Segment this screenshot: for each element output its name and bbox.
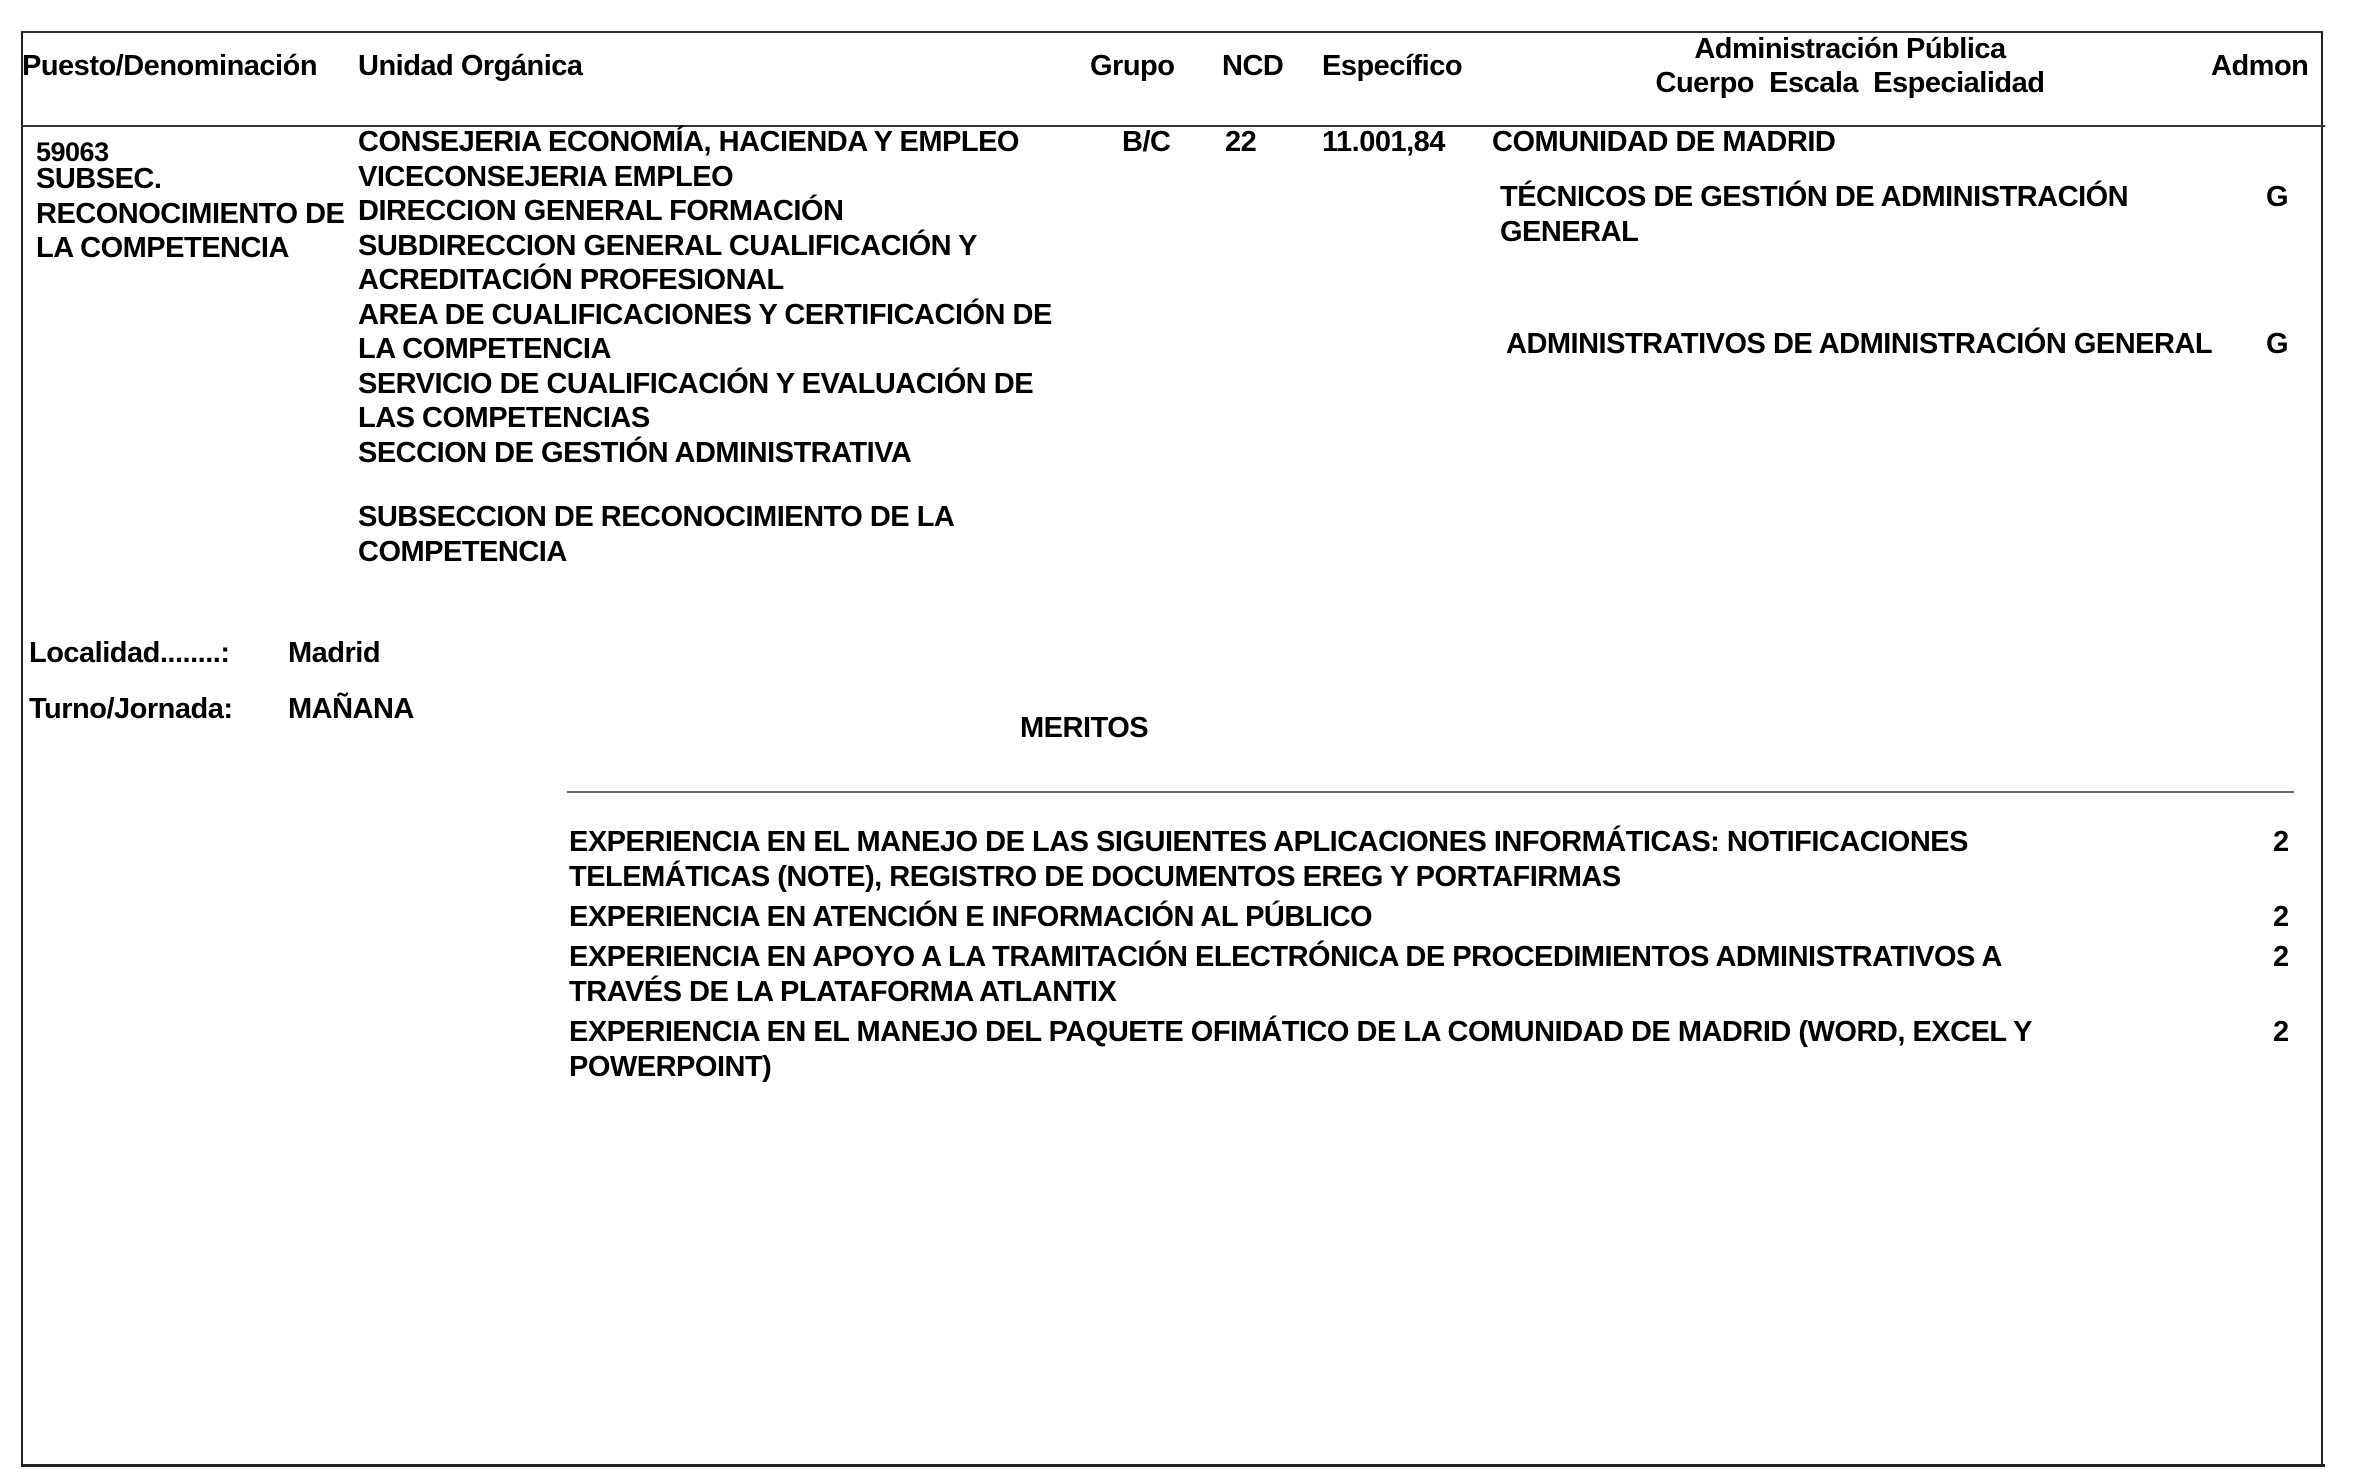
header-admon: Admon <box>2211 49 2308 83</box>
meritos-divider <box>567 791 2294 793</box>
administracion-value: COMUNIDAD DE MADRID <box>1492 125 1835 159</box>
unidad-line: SERVICIO DE CUALIFICACIÓN Y EVALUACIÓN D… <box>358 367 1052 402</box>
header-puesto: Puesto/Denominación <box>22 49 317 83</box>
merito-puntos: 2 <box>2273 825 2289 859</box>
ncd-value: 22 <box>1225 125 1256 159</box>
unidad-line: DIRECCION GENERAL FORMACIÓN <box>358 194 1052 229</box>
especifico-value: 11.001,84 <box>1322 125 1445 159</box>
unidad-line: SECCION DE GESTIÓN ADMINISTRATIVA <box>358 436 1052 471</box>
header-ncd: NCD <box>1222 49 1283 83</box>
cuerpo-tecnicos-admon: G <box>2266 180 2288 214</box>
unidad-line: ACREDITACIÓN PROFESIONAL <box>358 263 1052 298</box>
unidad-line: CONSEJERIA ECONOMÍA, HACIENDA Y EMPLEO <box>358 125 1052 160</box>
header-especifico: Específico <box>1322 49 1462 83</box>
turno-label: Turno/Jornada: <box>29 692 233 726</box>
cuerpo-tecnicos: TÉCNICOS DE GESTIÓN DE ADMINISTRACIÓN GE… <box>1500 180 2128 249</box>
merito-line: EXPERIENCIA EN EL MANEJO DE LAS SIGUIENT… <box>569 825 1968 860</box>
meritos-title: MERITOS <box>1020 711 1148 745</box>
header-grupo: Grupo <box>1090 49 1175 83</box>
cuerpo-administrativos-admon: G <box>2266 327 2288 361</box>
merito-item: EXPERIENCIA EN ATENCIÓN E INFORMACIÓN AL… <box>569 900 1372 934</box>
unidad-line: COMPETENCIA <box>358 535 954 570</box>
unidad-organica-subseccion: SUBSECCION DE RECONOCIMIENTO DE LA COMPE… <box>358 500 954 569</box>
localidad-label: Localidad........: <box>29 636 229 670</box>
unidad-organica-list: CONSEJERIA ECONOMÍA, HACIENDA Y EMPLEO V… <box>358 125 1052 470</box>
header-unidad-organica: Unidad Orgánica <box>358 49 583 83</box>
unidad-line: VICECONSEJERIA EMPLEO <box>358 160 1052 195</box>
denominacion-line: RECONOCIMIENTO DE <box>36 197 344 232</box>
merito-item: EXPERIENCIA EN EL MANEJO DE LAS SIGUIENT… <box>569 825 1968 894</box>
cuerpo-administrativos: ADMINISTRATIVOS DE ADMINISTRACIÓN GENERA… <box>1506 327 2212 361</box>
frame-bottom-border <box>21 1464 2325 1467</box>
header-administracion-publica: Administración Pública <box>1600 32 2100 66</box>
header-cuerpo-escala: Cuerpo Escala Especialidad <box>1600 66 2100 100</box>
cuerpo-line: GENERAL <box>1500 215 2128 250</box>
cuerpo-line: TÉCNICOS DE GESTIÓN DE ADMINISTRACIÓN <box>1500 180 2128 215</box>
unidad-line: SUBSECCION DE RECONOCIMIENTO DE LA <box>358 500 954 535</box>
denominacion-line: LA COMPETENCIA <box>36 231 344 266</box>
denominacion-line: SUBSEC. <box>36 162 344 197</box>
unidad-line: AREA DE CUALIFICACIONES Y CERTIFICACIÓN … <box>358 298 1052 333</box>
merito-line: EXPERIENCIA EN EL MANEJO DEL PAQUETE OFI… <box>569 1015 2032 1050</box>
merito-puntos: 2 <box>2273 1015 2289 1049</box>
unidad-line: SUBDIRECCION GENERAL CUALIFICACIÓN Y <box>358 229 1052 264</box>
merito-line: EXPERIENCIA EN APOYO A LA TRAMITACIÓN EL… <box>569 940 2002 975</box>
unidad-line: LAS COMPETENCIAS <box>358 401 1052 436</box>
merito-line: TELEMÁTICAS (NOTE), REGISTRO DE DOCUMENT… <box>569 860 1968 895</box>
merito-line: POWERPOINT) <box>569 1050 2032 1085</box>
merito-line: TRAVÉS DE LA PLATAFORMA ATLANTIX <box>569 975 2002 1010</box>
merito-puntos: 2 <box>2273 940 2289 974</box>
unidad-line: LA COMPETENCIA <box>358 332 1052 367</box>
merito-puntos: 2 <box>2273 900 2289 934</box>
turno-value: MAÑANA <box>288 692 414 726</box>
puesto-denominacion: SUBSEC. RECONOCIMIENTO DE LA COMPETENCIA <box>36 162 344 266</box>
merito-item: EXPERIENCIA EN APOYO A LA TRAMITACIÓN EL… <box>569 940 2002 1009</box>
localidad-value: Madrid <box>288 636 380 670</box>
merito-item: EXPERIENCIA EN EL MANEJO DEL PAQUETE OFI… <box>569 1015 2032 1084</box>
grupo-value: B/C <box>1122 125 1170 159</box>
